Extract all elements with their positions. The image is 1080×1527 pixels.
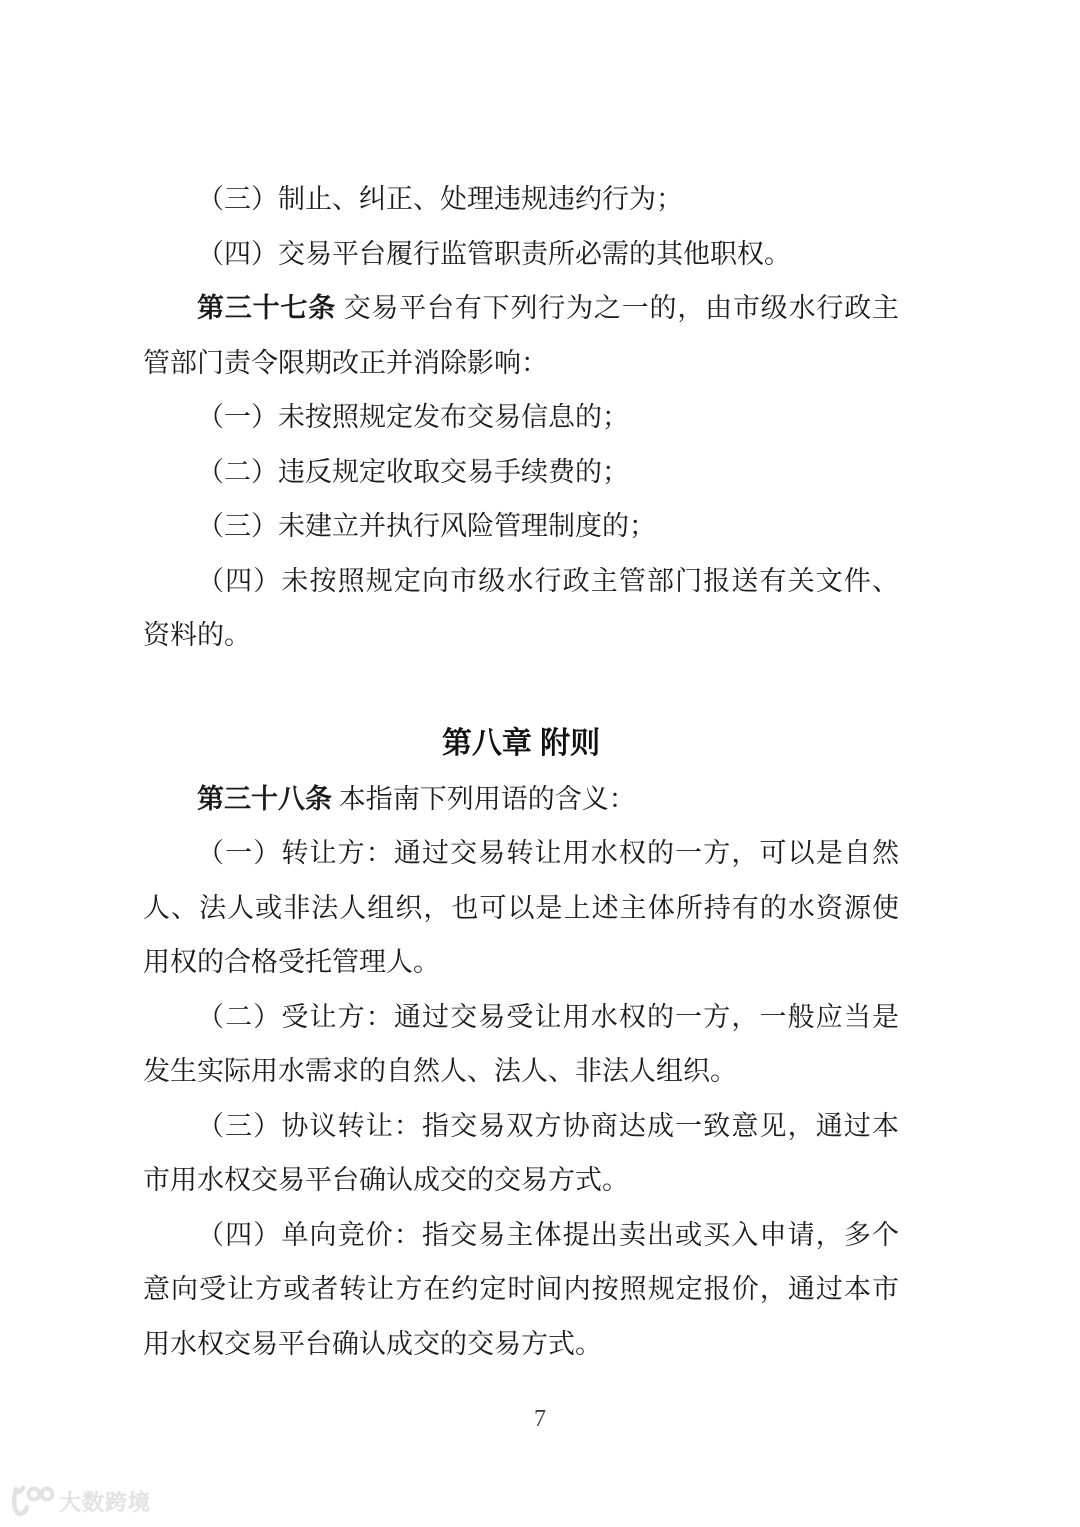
paragraph: （三）制止、纠正、处理违规违约行为； [143, 172, 899, 227]
paragraph: （二）违反规定收取交易手续费的； [143, 445, 899, 500]
paragraph: （四）交易平台履行监管职责所必需的其他职权。 [143, 227, 899, 282]
text-line: 第三十八条 本指南下列用语的含义： [143, 772, 899, 827]
text-line: 管部门责令限期改正并消除影响： [143, 336, 899, 391]
text-line: 发生实际用水需求的自然人、法人、非法人组织。 [143, 1044, 899, 1099]
text-line: （一）转让方：通过交易转让用水权的一方，可以是自然 [143, 826, 899, 881]
text-line: 人、法人或非法人组织，也可以是上述主体所持有的水资源使 [143, 881, 899, 936]
paragraph: （四）单向竞价：指交易主体提出卖出或买入申请，多个意向受让方或者转让方在约定时间… [143, 1208, 899, 1372]
text-line: 用水权交易平台确认成交的交易方式。 [143, 1317, 899, 1372]
watermark: 大数跨境 [10, 1483, 151, 1519]
text-line: 第八章 附则 [143, 717, 899, 772]
text-line: 意向受让方或者转让方在约定时间内按照规定报价，通过本市 [143, 1262, 899, 1317]
paragraph: 第三十七条 交易平台有下列行为之一的，由市级水行政主管部门责令限期改正并消除影响… [143, 281, 899, 390]
text-line: （一）未按照规定发布交易信息的； [143, 390, 899, 445]
text-line: 市用水权交易平台确认成交的交易方式。 [143, 1153, 899, 1208]
text-line: （三）协议转让：指交易双方协商达成一致意见，通过本 [143, 1099, 899, 1154]
text-line: （二）受让方：通过交易受让用水权的一方，一般应当是 [143, 990, 899, 1045]
text-line: （三）未建立并执行风险管理制度的； [143, 499, 899, 554]
text-line: 资料的。 [143, 608, 899, 663]
paragraph: （三）协议转让：指交易双方协商达成一致意见，通过本市用水权交易平台确认成交的交易… [143, 1099, 899, 1208]
paragraph: （二）受让方：通过交易受让用水权的一方，一般应当是发生实际用水需求的自然人、法人… [143, 990, 899, 1099]
text-line: （四）单向竞价：指交易主体提出卖出或买入申请，多个 [143, 1208, 899, 1263]
paragraph: 第三十八条 本指南下列用语的含义： [143, 772, 899, 827]
article-number: 第三十七条 [197, 293, 336, 323]
text-line: 用权的合格受托管理人。 [143, 935, 899, 990]
article-number: 第三十八条 [197, 784, 332, 814]
paragraph: （四）未按照规定向市级水行政主管部门报送有关文件、资料的。 [143, 554, 899, 663]
paragraph: （一）未按照规定发布交易信息的； [143, 390, 899, 445]
text-line: （四）未按照规定向市级水行政主管部门报送有关文件、 [143, 554, 899, 609]
paragraph: （一）转让方：通过交易转让用水权的一方，可以是自然人、法人或非法人组织，也可以是… [143, 826, 899, 990]
paragraph: （三）未建立并执行风险管理制度的； [143, 499, 899, 554]
text-line: （四）交易平台履行监管职责所必需的其他职权。 [143, 227, 899, 282]
document-body: （三）制止、纠正、处理违规违约行为；（四）交易平台履行监管职责所必需的其他职权。… [143, 172, 899, 1371]
page: （三）制止、纠正、处理违规违约行为；（四）交易平台履行监管职责所必需的其他职权。… [0, 0, 1080, 1527]
page-number: 7 [0, 1406, 1080, 1433]
text-line: 第三十七条 交易平台有下列行为之一的，由市级水行政主 [143, 281, 899, 336]
watermark-100-logo-icon [10, 1483, 54, 1519]
text-line: （三）制止、纠正、处理违规违约行为； [143, 172, 899, 227]
watermark-text: 大数跨境 [59, 1486, 151, 1517]
text-line: （二）违反规定收取交易手续费的； [143, 445, 899, 500]
chapter-heading: 第八章 附则 [143, 717, 899, 772]
